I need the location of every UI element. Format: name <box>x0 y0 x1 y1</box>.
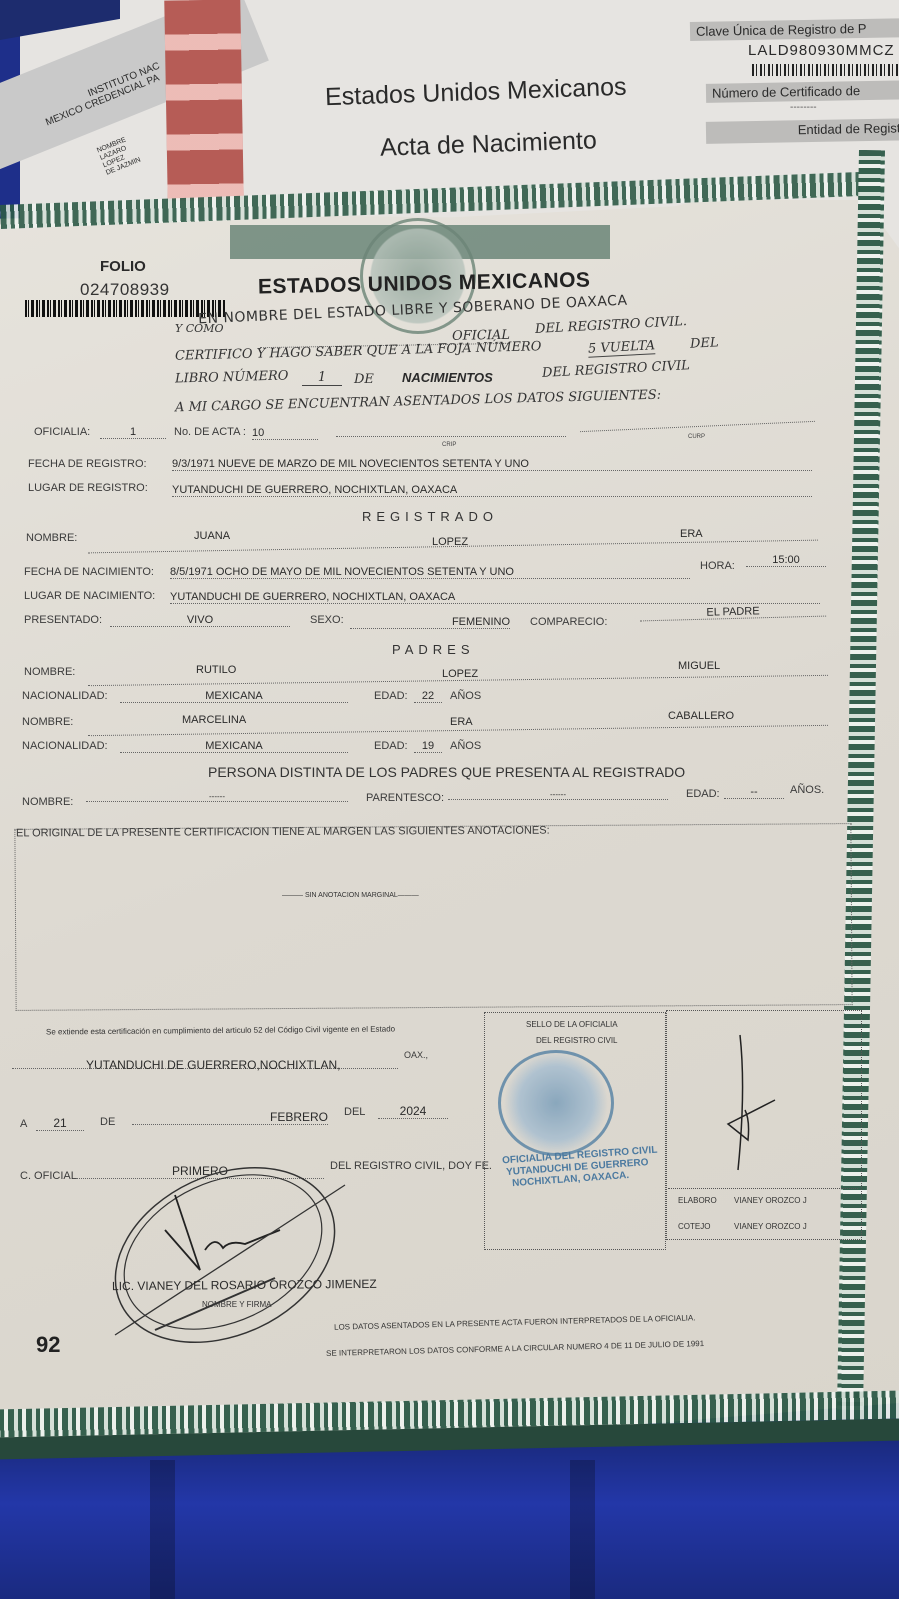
padre-nombre-label: NOMBRE: <box>24 666 75 678</box>
curp-label: CURP <box>688 434 705 440</box>
padre-nacionalidad: MEXICANA <box>120 690 348 703</box>
padre-edad: 22 <box>414 690 442 703</box>
presentado-label: PRESENTADO: <box>24 614 102 626</box>
madre-edad-label: EDAD: <box>374 740 408 752</box>
registrado-nombre: JUANA <box>194 530 230 542</box>
oficialia-label: OFICIALIA: <box>34 426 90 438</box>
intro-del: DEL <box>690 335 719 351</box>
persona-edad: -- <box>724 786 784 799</box>
madre-nacionalidad: MEXICANA <box>120 740 348 753</box>
parentesco-label: PARENTESCO: <box>366 792 444 804</box>
padre-apellido-materno: MIGUEL <box>678 660 720 672</box>
registro-civil-stamp-icon <box>498 1050 614 1156</box>
folio-barcode <box>25 300 225 317</box>
madre-edad: 19 <box>414 740 442 753</box>
fecha-nacimiento-label: FECHA DE NACIMIENTO: <box>24 566 154 578</box>
lugar-nacimiento-value: YUTANDUCHI DE GUERRERO, NOCHIXTLAN, OAXA… <box>170 591 820 604</box>
sello-title-1: SELLO DE LA OFICIALIA <box>526 1020 618 1029</box>
back-curp-label: Clave Única de Registro de P <box>690 18 899 41</box>
presentado-value: VIVO <box>110 614 290 627</box>
lugar-registro-value: YUTANDUCHI DE GUERRERO, NOCHIXTLAN, OAXA… <box>172 484 812 497</box>
madre-nacionalidad-label: NACIONALIDAD: <box>22 740 108 752</box>
lugar-nacimiento-label: LUGAR DE NACIMIENTO: <box>24 590 155 602</box>
persona-edad-label: EDAD: <box>686 788 720 800</box>
sexo-value: FEMENINO <box>350 616 510 629</box>
padre-apellido-paterno: LOPEZ <box>442 668 478 680</box>
back-barcode <box>752 64 899 76</box>
persona-nombre: ------ <box>86 792 348 802</box>
official-signature-icon <box>95 1160 355 1360</box>
lugar-registro-label: LUGAR DE REGISTRO: <box>28 482 148 494</box>
cotejo-label: COTEJO <box>678 1222 710 1231</box>
anio-value: 2024 <box>378 1104 448 1119</box>
fecha-registro-value: 9/3/1971 NUEVE DE MARZO DE MIL NOVECIENT… <box>172 458 812 471</box>
oficialia-value: 1 <box>100 426 166 439</box>
sello-title-2: DEL REGISTRO CIVIL <box>536 1036 618 1045</box>
hora-label: HORA: <box>700 560 735 572</box>
comparecio-label: COMPARECIO: <box>530 616 607 628</box>
folio-label: FOLIO <box>100 258 146 275</box>
cotejo-value: VIANEY OROZCO J <box>734 1222 807 1231</box>
registrado-apellido-materno: ERA <box>680 528 703 540</box>
no-acta-value: 10 <box>252 427 318 440</box>
lugar-expedicion: YUTANDUCHI DE GUERRERO,NOCHIXTLAN, <box>86 1058 340 1072</box>
intro-de: DE <box>354 372 374 387</box>
no-acta-label: No. DE ACTA : <box>174 426 246 438</box>
madre-nombre: MARCELINA <box>182 714 246 726</box>
a-label: A <box>20 1118 27 1130</box>
intro-libro: 1 <box>302 370 342 386</box>
second-signature-icon <box>720 1030 790 1180</box>
oax-label: OAX., <box>404 1050 428 1060</box>
folio-number: 024708939 <box>80 280 170 300</box>
persona-nombre-label: NOMBRE: <box>22 796 73 808</box>
madre-apellido-materno: CABALLERO <box>668 710 734 722</box>
de-label: DE <box>100 1116 115 1128</box>
registrado-heading: REGISTRADO <box>362 509 498 524</box>
persona-anos: AÑOS. <box>790 784 824 796</box>
page-number: 92 <box>36 1332 60 1358</box>
fecha-registro-label: FECHA DE REGISTRO: <box>28 458 147 470</box>
padre-nombre: RUTILO <box>196 664 236 676</box>
parentesco-value: ------ <box>448 790 668 800</box>
nombre-firma-label: NOMBRE Y FIRMA <box>202 1300 272 1309</box>
persona-distinta-heading: PERSONA DISTINTA DE LOS PADRES QUE PRESE… <box>208 764 685 780</box>
anotaciones-box <box>14 823 852 1011</box>
fabric-folds <box>0 1460 899 1599</box>
firmante-name: LIC. VIANEY DEL ROSARIO OROZCO JIMENEZ <box>112 1277 377 1293</box>
mes-value: FEBRERO <box>132 1110 328 1125</box>
back-certificate-value: -------- <box>790 102 817 113</box>
c-oficial-label: C. OFICIAL <box>20 1170 77 1182</box>
padre-anos: AÑOS <box>450 690 481 702</box>
dia-value: 21 <box>36 1116 84 1131</box>
back-entity-label: Entidad de Registro <box>706 118 899 144</box>
red-security-ribbon <box>164 0 243 201</box>
madre-anos: AÑOS <box>450 740 481 752</box>
padre-nacionalidad-label: NACIONALIDAD: <box>22 690 108 702</box>
registrado-nombre-label: NOMBRE: <box>26 532 77 544</box>
back-certificate-label: Número de Certificado de <box>706 80 899 103</box>
intro-libro-label: LIBRO NÚMERO <box>175 369 289 387</box>
del-label: DEL <box>344 1106 365 1118</box>
crip-line <box>336 436 566 437</box>
sexo-label: SEXO: <box>310 614 344 626</box>
intro-y-como: Y COMO <box>175 322 223 335</box>
hora-value: 15:00 <box>746 554 826 567</box>
madre-nombre-label: NOMBRE: <box>22 716 73 728</box>
padre-edad-label: EDAD: <box>374 690 408 702</box>
padres-heading: PADRES <box>392 642 475 657</box>
madre-apellido-paterno: ERA <box>450 716 473 728</box>
elaboro-label: ELABORO <box>678 1196 717 1205</box>
anotacion-value: ——— SIN ANOTACION MARGINAL——— <box>282 892 419 899</box>
elaboro-value: VIANEY OROZCO J <box>734 1196 807 1205</box>
intro-tipo: NACIMIENTOS <box>402 370 493 385</box>
back-curp-value: LALD980930MMCZ <box>748 42 895 59</box>
crip-label: CRIP <box>442 442 456 448</box>
fecha-nacimiento-value: 8/5/1971 OCHO DE MAYO DE MIL NOVECIENTOS… <box>170 566 690 579</box>
registrado-apellido-paterno: LOPEZ <box>432 536 468 548</box>
